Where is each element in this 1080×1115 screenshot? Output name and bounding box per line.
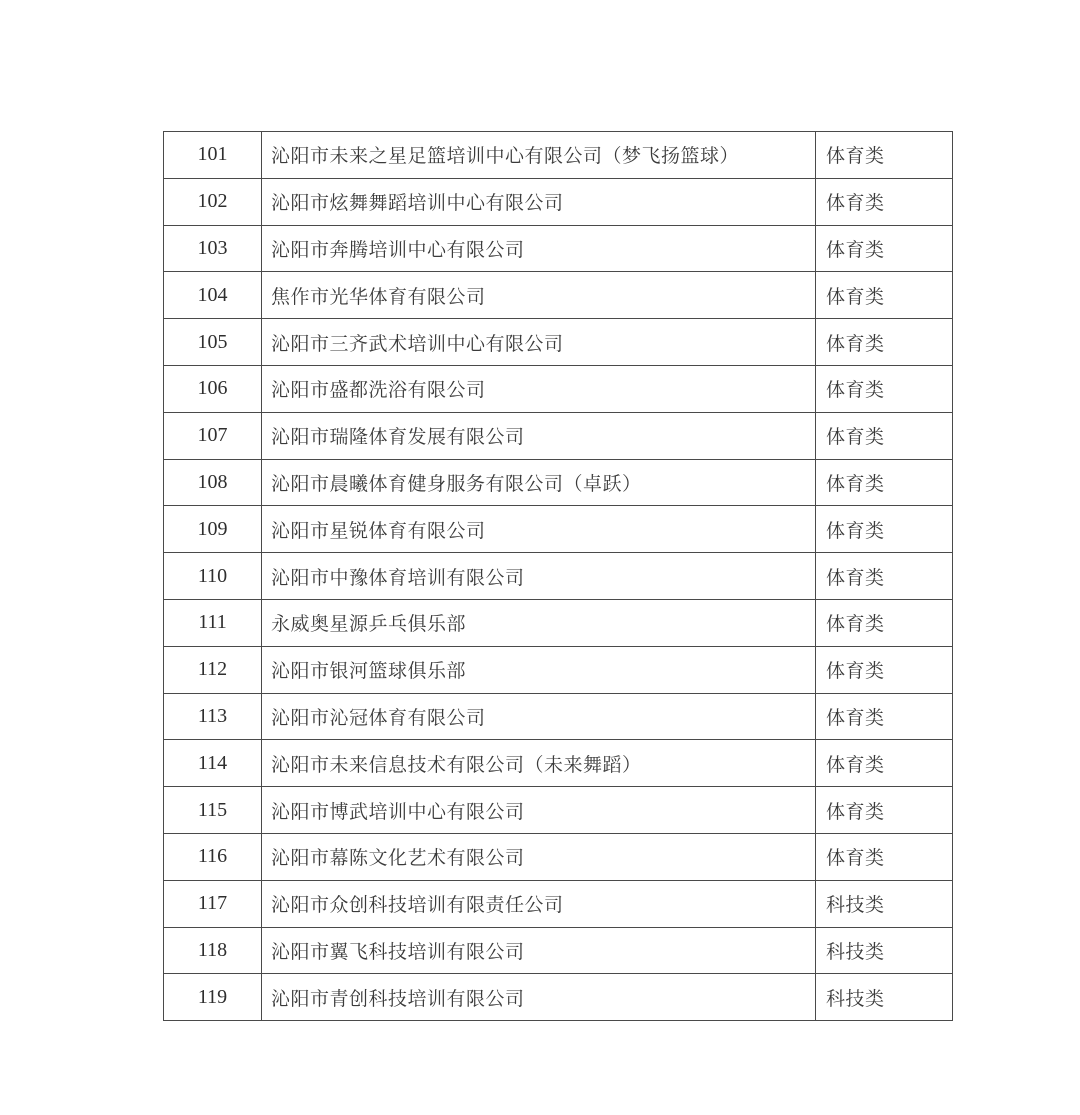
row-number: 104 [164, 272, 262, 319]
category: 体育类 [816, 646, 953, 693]
institution-list-table-container: 101 沁阳市未来之星足篮培训中心有限公司（梦飞扬篮球） 体育类 102 沁阳市… [163, 131, 952, 1021]
table-row: 112 沁阳市银河篮球俱乐部 体育类 [164, 646, 953, 693]
institution-name: 沁阳市晨曦体育健身服务有限公司（卓跃） [262, 459, 816, 506]
institution-name: 沁阳市瑞隆体育发展有限公司 [262, 412, 816, 459]
category: 科技类 [816, 974, 953, 1021]
table-row: 109 沁阳市星锐体育有限公司 体育类 [164, 506, 953, 553]
institution-name: 沁阳市炫舞舞蹈培训中心有限公司 [262, 178, 816, 225]
table-row: 116 沁阳市幕陈文化艺术有限公司 体育类 [164, 833, 953, 880]
table-row: 104 焦作市光华体育有限公司 体育类 [164, 272, 953, 319]
row-number: 107 [164, 412, 262, 459]
category: 科技类 [816, 927, 953, 974]
institution-name: 沁阳市翼飞科技培训有限公司 [262, 927, 816, 974]
institution-name: 沁阳市三齐武术培训中心有限公司 [262, 319, 816, 366]
category: 体育类 [816, 132, 953, 179]
row-number: 119 [164, 974, 262, 1021]
table-body: 101 沁阳市未来之星足篮培训中心有限公司（梦飞扬篮球） 体育类 102 沁阳市… [164, 132, 953, 1021]
category: 体育类 [816, 693, 953, 740]
table-row: 114 沁阳市未来信息技术有限公司（未来舞蹈） 体育类 [164, 740, 953, 787]
row-number: 111 [164, 599, 262, 646]
table-row: 101 沁阳市未来之星足篮培训中心有限公司（梦飞扬篮球） 体育类 [164, 132, 953, 179]
row-number: 101 [164, 132, 262, 179]
table-row: 107 沁阳市瑞隆体育发展有限公司 体育类 [164, 412, 953, 459]
table-row: 119 沁阳市青创科技培训有限公司 科技类 [164, 974, 953, 1021]
institution-name: 沁阳市中豫体育培训有限公司 [262, 553, 816, 600]
institution-name: 沁阳市沁冠体育有限公司 [262, 693, 816, 740]
row-number: 113 [164, 693, 262, 740]
institution-name: 沁阳市星锐体育有限公司 [262, 506, 816, 553]
row-number: 116 [164, 833, 262, 880]
table-row: 111 永威奥星源乒乓俱乐部 体育类 [164, 599, 953, 646]
institution-name: 沁阳市盛都洗浴有限公司 [262, 365, 816, 412]
table-row: 106 沁阳市盛都洗浴有限公司 体育类 [164, 365, 953, 412]
category: 体育类 [816, 787, 953, 834]
institution-list-table: 101 沁阳市未来之星足篮培训中心有限公司（梦飞扬篮球） 体育类 102 沁阳市… [163, 131, 953, 1021]
row-number: 103 [164, 225, 262, 272]
row-number: 118 [164, 927, 262, 974]
table-row: 105 沁阳市三齐武术培训中心有限公司 体育类 [164, 319, 953, 366]
category: 体育类 [816, 553, 953, 600]
row-number: 110 [164, 553, 262, 600]
category: 体育类 [816, 459, 953, 506]
table-row: 117 沁阳市众创科技培训有限责任公司 科技类 [164, 880, 953, 927]
row-number: 109 [164, 506, 262, 553]
category: 体育类 [816, 740, 953, 787]
institution-name: 沁阳市博武培训中心有限公司 [262, 787, 816, 834]
category: 体育类 [816, 272, 953, 319]
category: 体育类 [816, 833, 953, 880]
category: 体育类 [816, 412, 953, 459]
category: 体育类 [816, 506, 953, 553]
category: 科技类 [816, 880, 953, 927]
row-number: 108 [164, 459, 262, 506]
table-row: 102 沁阳市炫舞舞蹈培训中心有限公司 体育类 [164, 178, 953, 225]
institution-name: 沁阳市幕陈文化艺术有限公司 [262, 833, 816, 880]
row-number: 102 [164, 178, 262, 225]
table-row: 115 沁阳市博武培训中心有限公司 体育类 [164, 787, 953, 834]
institution-name: 永威奥星源乒乓俱乐部 [262, 599, 816, 646]
institution-name: 焦作市光华体育有限公司 [262, 272, 816, 319]
institution-name: 沁阳市未来之星足篮培训中心有限公司（梦飞扬篮球） [262, 132, 816, 179]
category: 体育类 [816, 365, 953, 412]
table-row: 103 沁阳市奔腾培训中心有限公司 体育类 [164, 225, 953, 272]
row-number: 115 [164, 787, 262, 834]
table-row: 118 沁阳市翼飞科技培训有限公司 科技类 [164, 927, 953, 974]
institution-name: 沁阳市众创科技培训有限责任公司 [262, 880, 816, 927]
table-row: 108 沁阳市晨曦体育健身服务有限公司（卓跃） 体育类 [164, 459, 953, 506]
row-number: 117 [164, 880, 262, 927]
institution-name: 沁阳市银河篮球俱乐部 [262, 646, 816, 693]
category: 体育类 [816, 599, 953, 646]
category: 体育类 [816, 178, 953, 225]
category: 体育类 [816, 225, 953, 272]
row-number: 112 [164, 646, 262, 693]
table-row: 113 沁阳市沁冠体育有限公司 体育类 [164, 693, 953, 740]
row-number: 105 [164, 319, 262, 366]
institution-name: 沁阳市青创科技培训有限公司 [262, 974, 816, 1021]
row-number: 114 [164, 740, 262, 787]
row-number: 106 [164, 365, 262, 412]
table-row: 110 沁阳市中豫体育培训有限公司 体育类 [164, 553, 953, 600]
institution-name: 沁阳市未来信息技术有限公司（未来舞蹈） [262, 740, 816, 787]
institution-name: 沁阳市奔腾培训中心有限公司 [262, 225, 816, 272]
category: 体育类 [816, 319, 953, 366]
